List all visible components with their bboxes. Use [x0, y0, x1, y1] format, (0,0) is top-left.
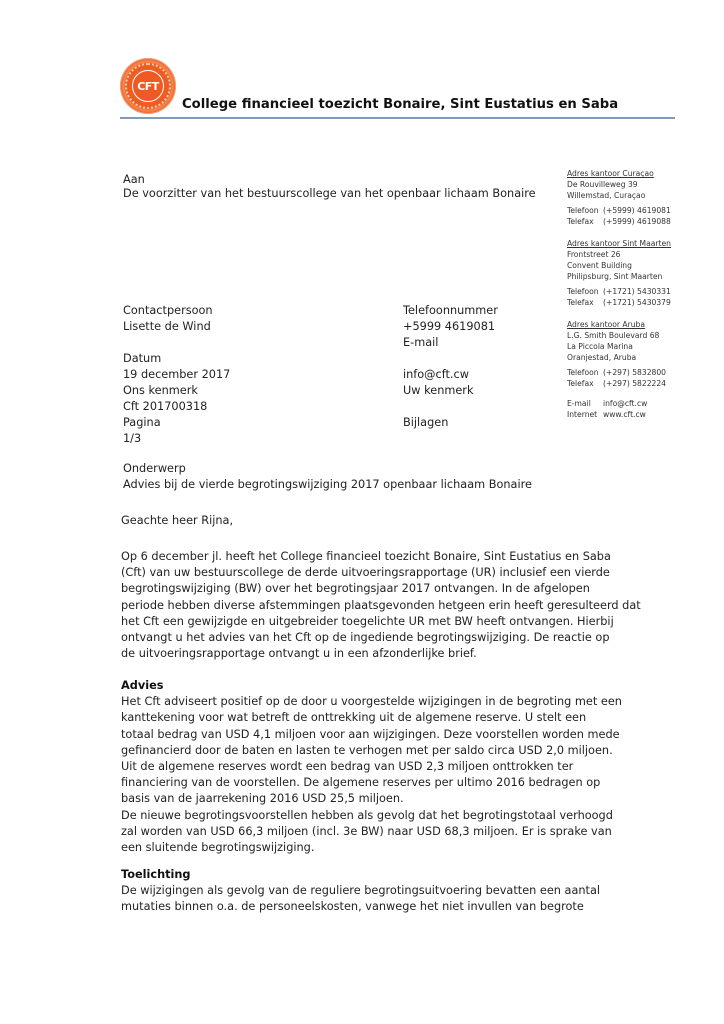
- logo-text: CFT: [137, 80, 159, 93]
- phone-value: (+297) 5832800: [603, 367, 666, 378]
- phone-label: Telefoon: [567, 205, 603, 216]
- intro-paragraph: Op 6 december jl. heeft het College fina…: [121, 549, 621, 662]
- website-link[interactable]: www.cft.cw: [603, 409, 646, 420]
- address-line: Frontstreet 26: [567, 249, 671, 260]
- subject-label: Onderwerp: [123, 461, 186, 477]
- email-link[interactable]: info@cft.cw: [603, 398, 647, 409]
- paragraph-line: (Cft) van uw bestuurscollege de derde ui…: [121, 565, 621, 581]
- paragraph-line: mutaties binnen o.a. de personeelskosten…: [121, 899, 621, 915]
- cft-logo: CFT: [120, 58, 176, 114]
- paragraph-line: gefinancierd door de baten en lasten te …: [121, 743, 621, 759]
- date-label: Datum: [123, 351, 161, 367]
- internet-label: Internet: [567, 409, 603, 420]
- office-heading: Adres kantoor Sint Maarten: [567, 238, 671, 249]
- page-value: 1/3: [123, 431, 141, 447]
- email-value[interactable]: info@cft.cw: [403, 367, 469, 383]
- office-curacao: Adres kantoor Curaçao De Rouvilleweg 39 …: [567, 168, 671, 227]
- organization-title: College financieel toezicht Bonaire, Sin…: [182, 97, 618, 112]
- paragraph-line: financiering van de voorstellen. De alge…: [121, 775, 621, 791]
- page-label: Pagina: [123, 415, 161, 431]
- salutation: Geachte heer Rijna,: [121, 513, 233, 529]
- phone-value: (+1721) 5430331: [603, 286, 671, 297]
- office-sint-maarten: Adres kantoor Sint Maarten Frontstreet 2…: [567, 238, 671, 308]
- phone-number-label: Telefoonnummer: [403, 303, 498, 319]
- fax-label: Telefax: [567, 216, 603, 227]
- fax-label: Telefax: [567, 378, 603, 389]
- address-line: De Rouvilleweg 39: [567, 179, 671, 190]
- office-heading: Adres kantoor Aruba: [567, 319, 666, 330]
- recipient-name: De voorzitter van het bestuurscollege va…: [123, 186, 536, 202]
- phone-value: (+5999) 4619081: [603, 205, 671, 216]
- paragraph-line: totaal bedrag van USD 4,1 miljoen voor a…: [121, 727, 621, 743]
- paragraph-line: Het Cft adviseert positief op de door u …: [121, 694, 621, 710]
- fax-value: (+297) 5822224: [603, 378, 666, 389]
- header-divider: [120, 117, 675, 119]
- email-label: E-mail: [403, 335, 438, 351]
- address-line: Philipsburg, Sint Maarten: [567, 271, 671, 282]
- toelichting-section: Toelichting De wijzigingen als gevolg va…: [121, 867, 621, 916]
- paragraph-line: Uit de algemene reserves wordt een bedra…: [121, 759, 621, 775]
- paragraph-line: ontvangt u het advies van het Cft op de …: [121, 630, 621, 646]
- fax-value: (+1721) 5430379: [603, 297, 671, 308]
- advies-section: Advies Het Cft adviseert positief op de …: [121, 678, 621, 856]
- phone-number-value: +5999 4619081: [403, 319, 495, 335]
- paragraph-line: het Cft een gewijzigde en uitgebreider t…: [121, 614, 621, 630]
- section-heading: Advies: [121, 678, 621, 694]
- paragraph-line: kanttekening voor wat betreft de onttrek…: [121, 710, 621, 726]
- section-heading: Toelichting: [121, 867, 621, 883]
- our-ref-label: Ons kenmerk: [123, 383, 198, 399]
- paragraph-line: zal worden van USD 66,3 miljoen (incl. 3…: [121, 824, 621, 840]
- contact-label: Contactpersoon: [123, 303, 213, 319]
- contact-value: Lisette de Wind: [123, 319, 211, 335]
- fax-label: Telefax: [567, 297, 603, 308]
- address-line: Convent Building: [567, 260, 671, 271]
- office-aruba: Adres kantoor Aruba L.G. Smith Boulevard…: [567, 319, 666, 420]
- address-line: Willemstad, Curaçao: [567, 190, 671, 201]
- paragraph-line: De nieuwe begrotingsvoorstellen hebben a…: [121, 808, 621, 824]
- address-line: La Piccola Marina: [567, 341, 666, 352]
- subject-value: Advies bij de vierde begrotingswijziging…: [123, 477, 532, 493]
- logo-inner: CFT: [132, 70, 164, 102]
- address-line: L.G. Smith Boulevard 68: [567, 330, 666, 341]
- office-heading: Adres kantoor Curaçao: [567, 168, 671, 179]
- paragraph-line: Op 6 december jl. heeft het College fina…: [121, 549, 621, 565]
- email-label: E-mail: [567, 398, 603, 409]
- paragraph-line: basis van de jaarrekening 2016 USD 25,5 …: [121, 791, 621, 807]
- attachments-label: Bijlagen: [403, 415, 448, 431]
- date-value: 19 december 2017: [123, 367, 230, 383]
- paragraph-line: een sluitende begrotingswijziging.: [121, 840, 621, 856]
- your-ref-label: Uw kenmerk: [403, 383, 474, 399]
- address-line: Oranjestad, Aruba: [567, 352, 666, 363]
- phone-label: Telefoon: [567, 367, 603, 378]
- phone-label: Telefoon: [567, 286, 603, 297]
- paragraph-line: de uitvoeringsrapportage ontvangt u in e…: [121, 646, 621, 662]
- paragraph-line: De wijzigingen als gevolg van de regulie…: [121, 883, 621, 899]
- our-ref-value: Cft 201700318: [123, 399, 207, 415]
- paragraph-line: periode hebben diverse afstemmingen plaa…: [121, 598, 621, 614]
- fax-value: (+5999) 4619088: [603, 216, 671, 227]
- paragraph-line: begrotingswijziging (BW) over het begrot…: [121, 581, 621, 597]
